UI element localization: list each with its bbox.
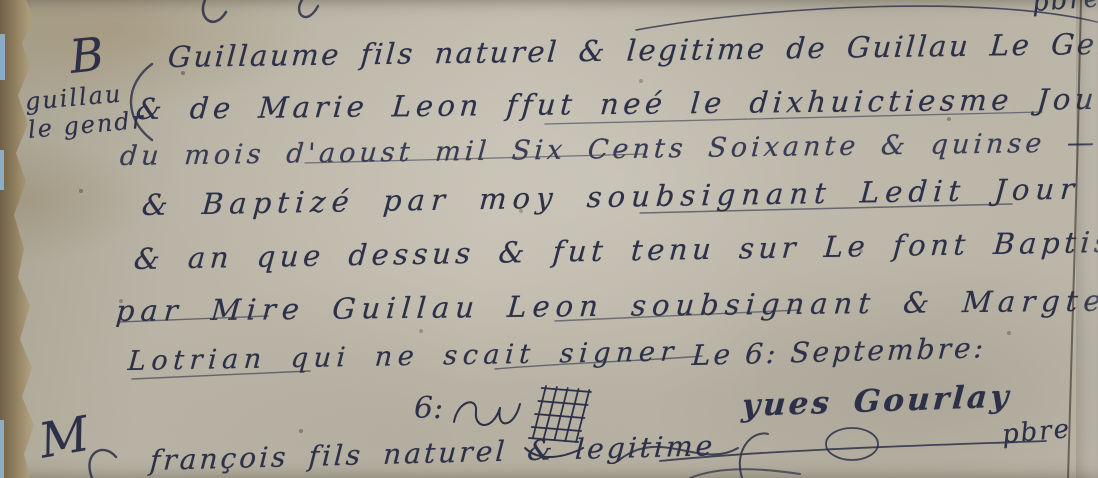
record-line-5: & an que dessus & fut tenu sur Le font B…	[133, 224, 1098, 276]
record-line-7: Lotrian qui ne scait signer	[127, 336, 680, 377]
record-line-4: & Baptizé par moy soubsignant Ledit Jour	[141, 172, 1082, 222]
scan-background-sliver	[0, 150, 4, 190]
margin-entry-letter: B	[67, 27, 106, 84]
next-entry-margin-letter: M	[35, 406, 93, 470]
record-line-6: par Mire Guillau Leon soubsignant & Marg…	[115, 284, 1098, 328]
manuscript-page: pbre B guillau le gendr Guillaume fils n…	[0, 0, 1098, 478]
record-date-text: Le 6: Septembre:	[691, 331, 987, 372]
record-line-3: du mois d'aoust mil Six Cents Soixante &…	[119, 127, 1098, 172]
scan-background-sliver	[0, 420, 4, 478]
paper-specks	[0, 0, 2, 2]
scan-background-sliver	[0, 34, 5, 80]
signature-name: yues Gourlay	[741, 379, 1013, 424]
witness-mark-text: 6:	[414, 391, 443, 426]
page-fold-margin	[1076, 0, 1098, 478]
torn-paper-edge	[0, 0, 44, 478]
record-line-2: & de Marie Leon ffut neé le dixhuictiesm…	[135, 82, 1098, 126]
next-entry-partial-line: françois fils naturel & legitime	[149, 429, 716, 477]
record-line-1: Guillaume fils naturel & legitime de Gui…	[167, 26, 1098, 74]
signature-title-abbrev: pbre	[1001, 414, 1072, 450]
